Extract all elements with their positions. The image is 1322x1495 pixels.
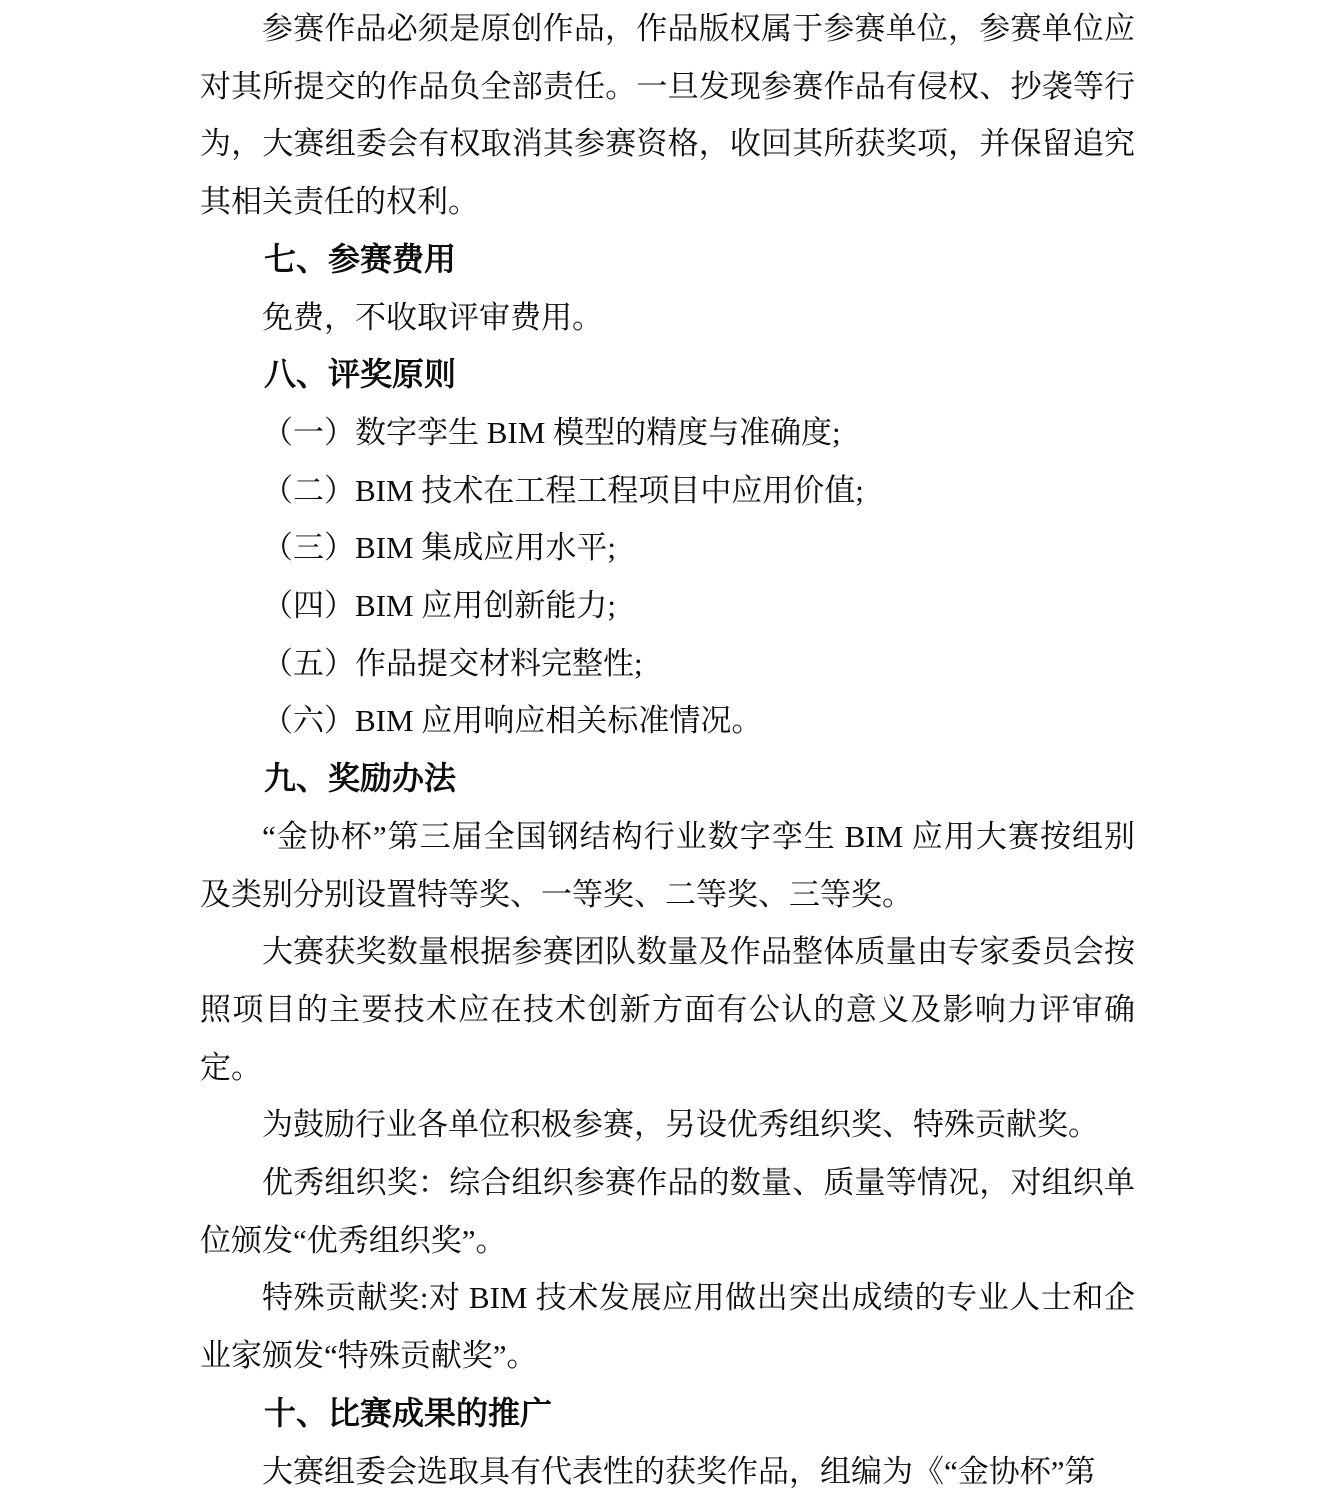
paragraph-extra-awards: 为鼓励行业各单位积极参赛，另设优秀组织奖、特殊贡献奖。 [200, 1096, 1135, 1154]
document-content: 参赛作品必须是原创作品，作品版权属于参赛单位，参赛单位应对其所提交的作品负全部责… [200, 0, 1135, 1495]
paragraph-special-contribution-award: 特殊贡献奖:对 BIM 技术发展应用做出突出成绩的专业人士和企业家颁发“特殊贡献… [200, 1269, 1135, 1384]
paragraph-organization-award: 优秀组织奖：综合组织参赛作品的数量、质量等情况，对组织单位颁发“优秀组织奖”。 [200, 1154, 1135, 1269]
list-item-principle-2: （二）BIM 技术在工程工程项目中应用价值; [200, 462, 1135, 520]
paragraph-award-quantity: 大赛获奖数量根据参赛团队数量及作品整体质量由专家委员会按照项目的主要技术应在技术… [200, 923, 1135, 1096]
list-item-principle-4: （四）BIM 应用创新能力; [200, 577, 1135, 635]
paragraph-originality-copyright: 参赛作品必须是原创作品，作品版权属于参赛单位，参赛单位应对其所提交的作品负全部责… [200, 0, 1135, 231]
heading-section-9-award-rules: 九、奖励办法 [200, 750, 1135, 808]
list-item-principle-5: （五）作品提交材料完整性; [200, 635, 1135, 693]
paragraph-free-of-charge: 免费，不收取评审费用。 [200, 289, 1135, 347]
document-page: 参赛作品必须是原创作品，作品版权属于参赛单位，参赛单位应对其所提交的作品负全部责… [0, 0, 1322, 1495]
heading-section-10-promotion: 十、比赛成果的推广 [200, 1385, 1135, 1443]
paragraph-promotion-intro: 大赛组委会选取具有代表性的获奖作品，组编为《“金协杯”第 [200, 1443, 1135, 1495]
list-item-principle-1: （一）数字孪生 BIM 模型的精度与准确度; [200, 404, 1135, 462]
heading-section-8-judging-principles: 八、评奖原则 [200, 346, 1135, 404]
paragraph-award-levels: “金协杯”第三届全国钢结构行业数字孪生 BIM 应用大赛按组别及类别分别设置特等… [200, 808, 1135, 923]
list-item-principle-3: （三）BIM 集成应用水平; [200, 519, 1135, 577]
list-item-principle-6: （六）BIM 应用响应相关标准情况。 [200, 692, 1135, 750]
heading-section-7-entry-fee: 七、参赛费用 [200, 231, 1135, 289]
